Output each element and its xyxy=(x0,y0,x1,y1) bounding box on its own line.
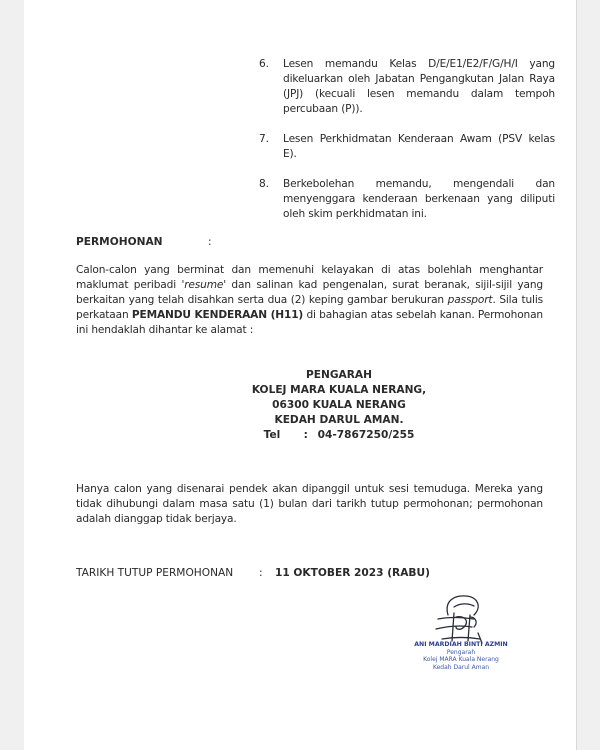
tel-value: 04-7867250/255 xyxy=(318,428,415,443)
application-heading: PERMOHONAN xyxy=(76,236,163,248)
list-number: 6. xyxy=(259,57,283,117)
list-text: Berkebolehan memandu, mengendali dan men… xyxy=(283,177,555,222)
paragraph-line: perkataan PEMANDU KENDERAAN (H11) di bah… xyxy=(76,308,543,323)
address-line: KOLEJ MARA KUALA NERANG, xyxy=(174,383,504,398)
list-item: 7. Lesen Perkhidmatan Kenderaan Awam (PS… xyxy=(259,132,555,162)
tel-label: Tel xyxy=(264,428,304,443)
text-run: di bahagian atas sebelah kanan. Permohon… xyxy=(303,309,543,321)
list-number: 8. xyxy=(259,177,283,222)
address-line: KEDAH DARUL AMAN. xyxy=(174,413,504,428)
list-item: 6. Lesen memandu Kelas D/E/E1/E2/F/G/H/I… xyxy=(259,57,555,117)
text-run: perkataan xyxy=(76,309,132,321)
italic-run: 'resume' xyxy=(181,279,226,291)
closing-date-colon: : xyxy=(259,567,263,579)
address-line: PENGARAH xyxy=(174,368,504,383)
address-line: 06300 KUALA NERANG xyxy=(174,398,504,413)
list-text: Lesen memandu Kelas D/E/E1/E2/F/G/H/I ya… xyxy=(283,57,555,117)
paragraph-line: ini hendaklah dihantar ke alamat : xyxy=(76,323,543,338)
text-run: maklumat peribadi xyxy=(76,279,181,291)
telephone-row: Tel : 04-7867250/255 xyxy=(174,428,504,443)
closing-date-value: 11 OKTOBER 2023 (RABU) xyxy=(275,567,430,579)
signature-block: ANI MARDIAH BINTI AZMIN Pengarah Kolej M… xyxy=(406,593,556,683)
text-run: . Sila tulis xyxy=(492,294,543,306)
signatory-org: Kolej MARA Kuala Nerang xyxy=(406,656,516,664)
closing-date-label: TARIKH TUTUP PERMOHONAN xyxy=(76,567,233,579)
paragraph-line: maklumat peribadi 'resume' dan salinan k… xyxy=(76,278,543,293)
signatory-name: ANI MARDIAH BINTI AZMIN xyxy=(406,641,516,649)
document-page: 6. Lesen memandu Kelas D/E/E1/E2/F/G/H/I… xyxy=(24,0,577,750)
text-run: berkaitan yang telah disahkan serta dua … xyxy=(76,294,448,306)
paragraph-line: Hanya calon yang disenarai pendek akan d… xyxy=(76,482,543,497)
list-item: 8. Berkebolehan memandu, mengendali dan … xyxy=(259,177,555,222)
list-number: 7. xyxy=(259,132,283,162)
mailing-address: PENGARAH KOLEJ MARA KUALA NERANG, 06300 … xyxy=(174,368,504,443)
list-text: Lesen Perkhidmatan Kenderaan Awam (PSV k… xyxy=(283,132,555,162)
paragraph-line: berkaitan yang telah disahkan serta dua … xyxy=(76,293,543,308)
notice-paragraph: Hanya calon yang disenarai pendek akan d… xyxy=(76,482,543,527)
heading-colon: : xyxy=(208,236,212,248)
application-paragraph: Calon-calon yang berminat dan memenuhi k… xyxy=(76,263,543,338)
signatory-state: Kedah Darul Aman xyxy=(406,664,516,672)
paragraph-line: Calon-calon yang berminat dan memenuhi k… xyxy=(76,263,543,278)
paragraph-line: tidak dihubungi dalam masa satu (1) bula… xyxy=(76,497,543,512)
signature-icon xyxy=(434,593,494,645)
signatory-title: Pengarah xyxy=(406,649,516,657)
bold-run: PEMANDU KENDERAAN (H11) xyxy=(132,309,303,321)
italic-run: passport xyxy=(448,294,493,306)
requirements-list: 6. Lesen memandu Kelas D/E/E1/E2/F/G/H/I… xyxy=(259,57,555,237)
paragraph-line: adalah dianggap tidak berjaya. xyxy=(76,512,543,527)
text-run: dan salinan kad pengenalan, surat berana… xyxy=(226,279,543,291)
tel-colon: : xyxy=(304,428,318,443)
signature-text: ANI MARDIAH BINTI AZMIN Pengarah Kolej M… xyxy=(406,641,516,671)
